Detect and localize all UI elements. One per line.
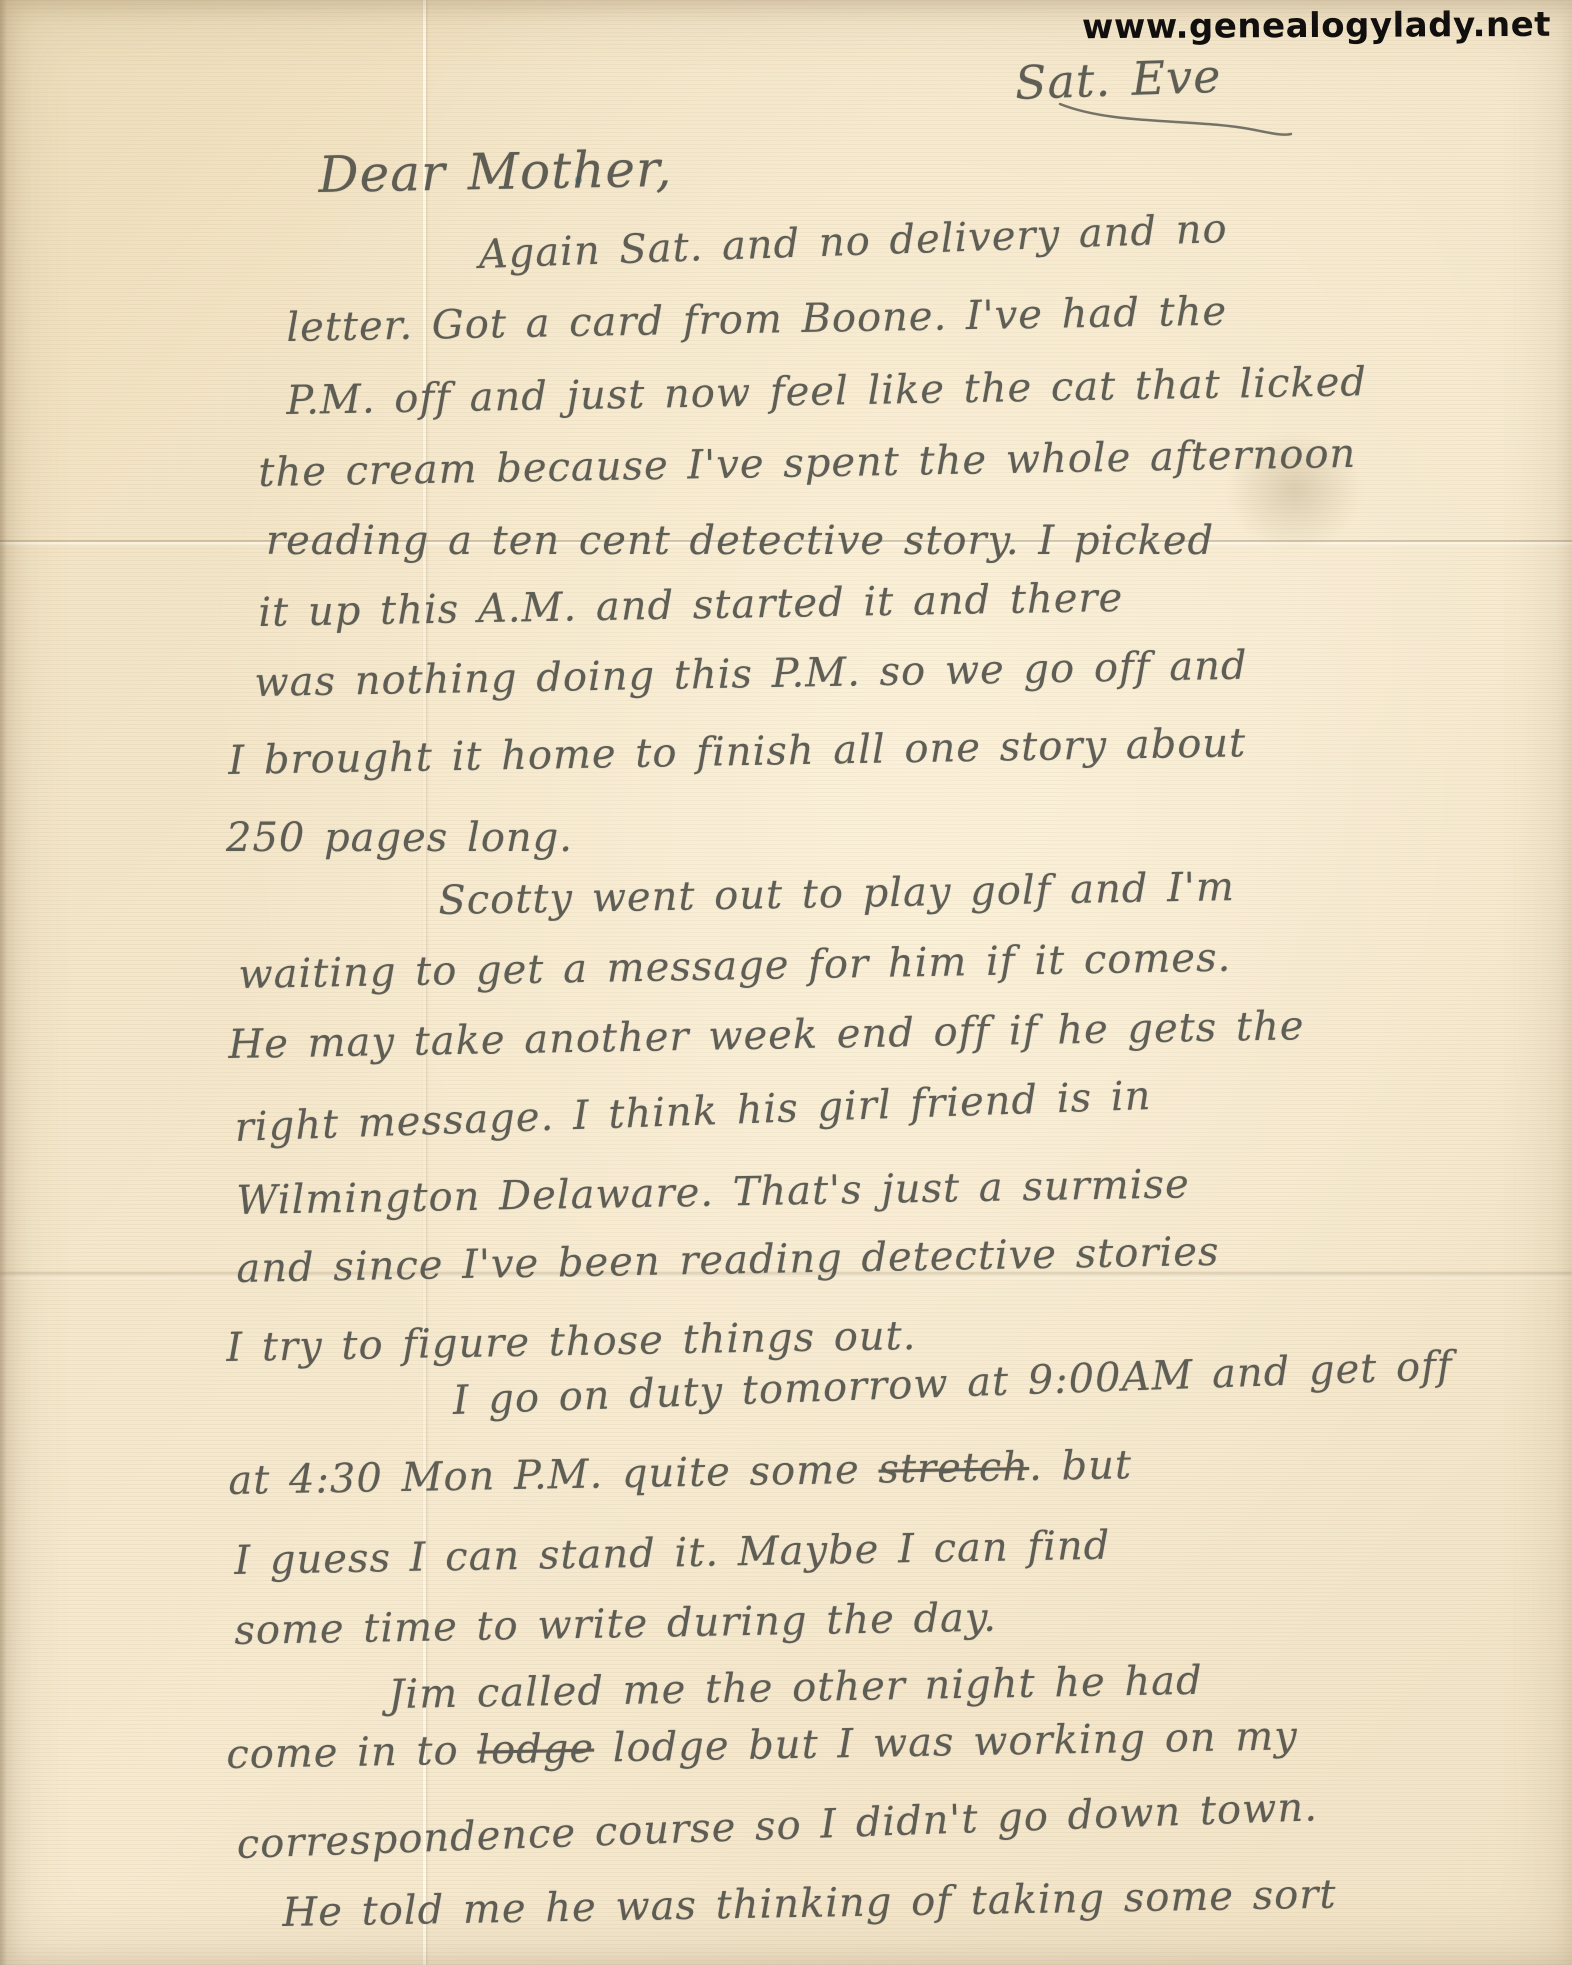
body-line: some time to write during the day.: [234, 1595, 997, 1654]
body-line: 250 pages long.: [226, 815, 573, 861]
date-line: Sat. Eve: [1014, 49, 1222, 110]
body-line: come in to lodge lodge but I was working…: [226, 1713, 1298, 1778]
body-line: Scotty went out to play golf and I'm: [438, 864, 1235, 924]
body-line: He may take another week end off if he g…: [228, 1003, 1305, 1068]
website-watermark: www.genealogylady.net: [1082, 5, 1551, 47]
body-line: Jim called me the other night he had: [388, 1658, 1203, 1718]
body-line: I brought it home to finish all one stor…: [228, 720, 1247, 784]
scan-edge-shadow: [0, 0, 7, 1965]
body-line: reading a ten cent detective story. I pi…: [266, 518, 1214, 564]
struck-word: stretch: [878, 1444, 1029, 1493]
body-line: Wilmington Delaware. That's just a surmi…: [236, 1161, 1190, 1224]
letter-scan-page: www.genealogylady.net Sat. EveDear Mothe…: [0, 0, 1572, 1965]
body-line: He told me he was thinking of taking som…: [282, 1872, 1337, 1936]
body-line: was nothing doing this P.M. so we go off…: [254, 643, 1248, 706]
salutation: Dear Mother,: [318, 140, 673, 204]
struck-word: lodge: [477, 1726, 595, 1774]
body-line: right message. I think his girl friend i…: [234, 1073, 1152, 1151]
body-line: P.M. off and just now feel like the cat …: [286, 359, 1367, 424]
body-line: it up this A.M. and started it and there: [258, 575, 1124, 636]
body-line: Again Sat. and no delivery and no: [478, 206, 1228, 278]
body-line: letter. Got a card from Boone. I've had …: [286, 289, 1227, 351]
body-line: waiting to get a message for him if it c…: [238, 935, 1232, 998]
body-line: I try to figure those things out.: [226, 1313, 917, 1371]
body-line: correspondence course so I didn't go dow…: [236, 1784, 1319, 1868]
body-line: and since I've been reading detective st…: [236, 1229, 1220, 1292]
body-line: I guess I can stand it. Maybe I can find: [234, 1523, 1111, 1584]
body-line: at 4:30 Mon P.M. quite some stretch. but: [228, 1442, 1132, 1504]
